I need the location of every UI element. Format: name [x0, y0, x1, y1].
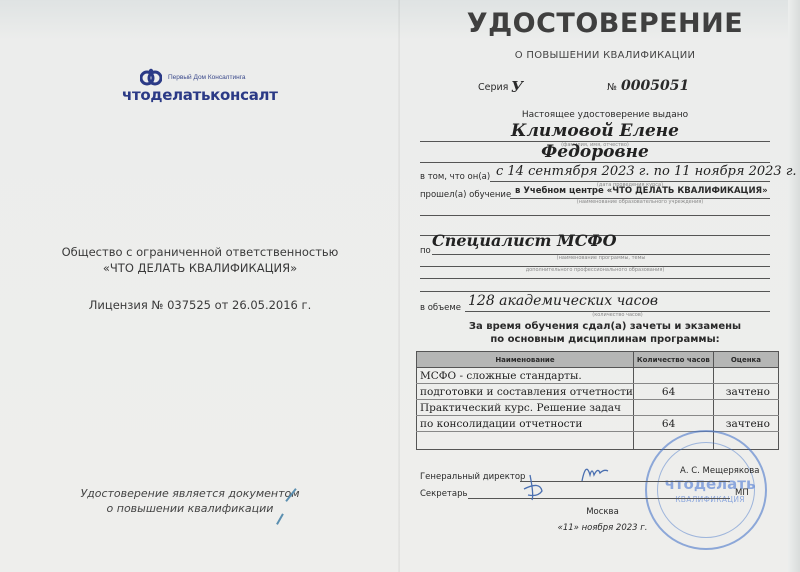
program-label: по	[420, 246, 431, 256]
table-row: подготовки и составления отчетности 64 з…	[417, 384, 779, 400]
underline	[420, 215, 770, 216]
training-label: прошел(а) обучение	[420, 190, 511, 200]
page-fold	[398, 0, 400, 572]
underline	[420, 291, 770, 292]
exams-heading-line-1: За время обучения сдал(а) зачеты и экзам…	[420, 320, 790, 333]
column-header-grade: Оценка	[713, 352, 778, 368]
volume-value: 128 академических часов	[468, 293, 658, 309]
city: Москва	[420, 507, 785, 517]
program-caption-1: (наименование программы, темы	[432, 255, 770, 261]
recipient-name-line-1: Климовой Елене	[420, 121, 770, 141]
table-row: по консолидации отчетности 64 зачтено	[417, 416, 779, 432]
column-header-hours: Количество часов	[633, 352, 713, 368]
license-text: Лицензия № 037525 от 26.05.2016 г.	[40, 298, 360, 312]
hours-cell: 64	[633, 384, 713, 400]
grade-cell-empty	[713, 368, 778, 384]
footnote: Удостоверение является документом о повы…	[60, 486, 320, 516]
program-caption-2: дополнительного профессионального образо…	[420, 267, 770, 273]
column-header-name: Наименование	[417, 352, 634, 368]
hours-cell-empty	[633, 368, 713, 384]
table-row: МСФО - сложные стандарты.	[417, 368, 779, 384]
volume-label: в объеме	[420, 303, 461, 313]
logo-wordmark-part2: консалт	[210, 86, 277, 104]
director-label: Генеральный директор	[420, 472, 525, 482]
training-value: в Учебном центре «ЧТО ДЕЛАТЬ КВАЛИФИКАЦИ…	[515, 186, 768, 196]
recipient-name-line-2: Федоровне	[420, 142, 770, 162]
subject-name-line-1: МСФО - сложные стандарты.	[417, 368, 634, 384]
certificate-title: УДОСТОВЕРЕНИЕ	[420, 8, 790, 39]
company-logo: Первый Дом Консалтинга чтоделатьконсалт	[120, 68, 280, 106]
empty-cell	[417, 432, 634, 450]
hours-cell: 64	[633, 416, 713, 432]
secretary-label: Секретарь	[420, 489, 468, 499]
subject-name-line-2: по консолидации отчетности	[417, 416, 634, 432]
table-header-row: Наименование Количество часов Оценка	[417, 352, 779, 368]
series-label: Серия	[478, 82, 508, 93]
grade-cell-empty	[713, 400, 778, 416]
organization-line-1: Общество с ограниченной ответственностью	[40, 244, 360, 260]
volume-caption: (количество часов)	[465, 312, 770, 318]
subject-name-line-2: подготовки и составления отчетности	[417, 384, 634, 400]
dates-value: с 14 сентября 2023 г. по 11 ноября 2023 …	[496, 164, 797, 179]
underline	[420, 278, 770, 279]
number-label: №	[607, 82, 617, 93]
exams-heading: За время обучения сдал(а) зачеты и экзам…	[420, 320, 790, 346]
issued-text: Настоящее удостоверение выдано	[420, 110, 790, 120]
organization-name: Общество с ограниченной ответственностью…	[40, 244, 360, 276]
number-value: 0005051	[621, 78, 689, 94]
signature-icon	[520, 455, 640, 505]
grade-cell: зачтено	[713, 416, 778, 432]
exams-heading-line-2: по основным дисциплинам программы:	[420, 333, 790, 346]
organization-line-2: «ЧТО ДЕЛАТЬ КВАЛИФИКАЦИЯ»	[40, 260, 360, 276]
logo-mark-icon	[140, 68, 162, 86]
dates-label: в том, что он(а)	[420, 172, 490, 182]
subject-name-line-1: Практический курс. Решение задач	[417, 400, 634, 416]
program-value: Специалист МСФО	[432, 231, 617, 250]
training-caption: (наименование образовательного учреждени…	[510, 199, 770, 205]
hours-cell-empty	[633, 400, 713, 416]
page-edge	[788, 0, 800, 572]
table-row: Практический курс. Решение задач	[417, 400, 779, 416]
grade-cell: зачтено	[713, 384, 778, 400]
seal-label: МП	[735, 488, 749, 498]
logo-wordmark-part1: чтоделать	[122, 86, 210, 104]
footnote-line-1: Удостоверение является документом	[60, 486, 320, 501]
director-name: А. С. Мещерякова	[680, 466, 759, 476]
issue-date: «11» ноября 2023 г.	[420, 523, 785, 533]
underline	[420, 162, 770, 163]
certificate-subtitle: О ПОВЫШЕНИИ КВАЛИФИКАЦИИ	[420, 50, 790, 61]
logo-tagline: Первый Дом Консалтинга	[168, 74, 246, 81]
logo-wordmark: чтоделатьконсалт	[122, 86, 278, 104]
series-value: У	[511, 78, 523, 96]
